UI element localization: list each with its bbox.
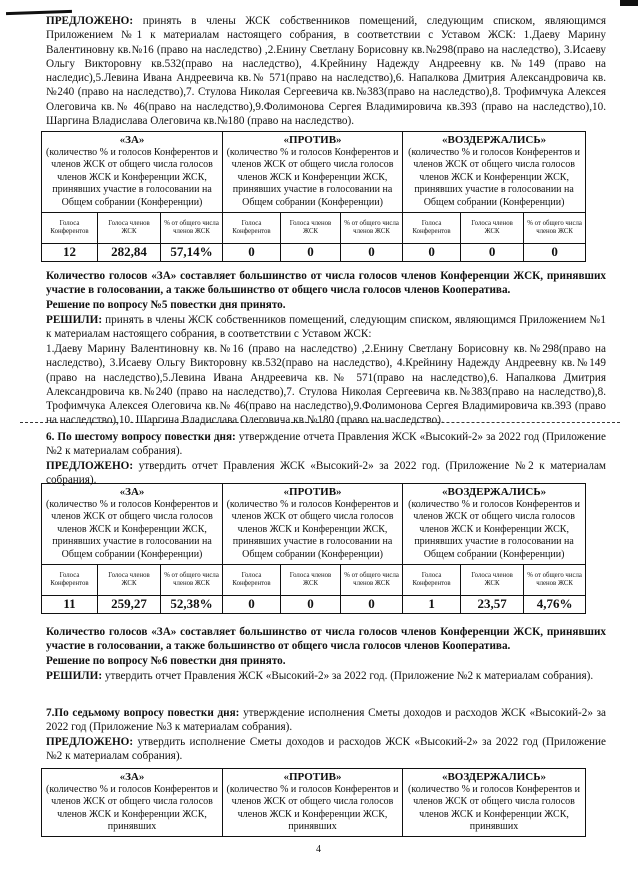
- header-za-title: «ЗА»: [44, 134, 220, 147]
- col-members: Голоса членов ЖСК: [98, 212, 161, 243]
- header-vozderzhalis: «ВОЗДЕРЖАЛИСЬ»(количество % и голосов Ко…: [403, 132, 586, 213]
- proposal-paragraph-5: ПРЕДЛОЖЕНО: принять в члены ЖСК собствен…: [46, 14, 606, 128]
- header-vozderzhalis-title: «ВОЗДЕРЖАЛИСЬ»: [405, 134, 583, 147]
- header-za-desc: (количество % и голосов Конферентов и чл…: [44, 784, 220, 834]
- header-vozderzhalis-desc: (количество % и голосов Конферентов и чл…: [405, 784, 583, 834]
- question-heading: 6. По шестому вопросу повестки дня:: [46, 431, 236, 443]
- value-cell: 0: [281, 243, 341, 261]
- col-members: Голоса членов ЖСК: [461, 212, 524, 243]
- resolved-label: РЕШИЛИ:: [46, 314, 102, 326]
- header-vozderzhalis-title: «ВОЗДЕРЖАЛИСЬ»: [405, 486, 583, 499]
- document-page: ПРЕДЛОЖЕНО: принять в члены ЖСК собствен…: [0, 0, 638, 877]
- value-cell: 282,84: [98, 243, 161, 261]
- resolved-paragraph-6: РЕШИЛИ: утвердить отчет Правления ЖСК «В…: [46, 669, 606, 683]
- value-cell: 0: [223, 595, 281, 613]
- result-text: Количество голосов «ЗА» составляет больш…: [46, 626, 606, 652]
- value-cell: 23,57: [461, 595, 524, 613]
- col-conf: Голоса Конферентов: [403, 212, 461, 243]
- col-pct: % от общего числа членов ЖСК: [161, 564, 223, 595]
- proposal-label: ПРЕДЛОЖЕНО:: [46, 15, 133, 27]
- value-cell: 0: [341, 595, 403, 613]
- decision-text: Решение по вопросу №6 повестки дня приня…: [46, 655, 286, 667]
- col-conf: Голоса Конферентов: [223, 564, 281, 595]
- proposal-label: ПРЕДЛОЖЕНО:: [46, 736, 133, 748]
- value-cell: 0: [341, 243, 403, 261]
- header-za-desc: (количество % и голосов Конферентов и чл…: [44, 147, 220, 210]
- col-members: Голоса членов ЖСК: [281, 564, 341, 595]
- col-pct: % от общего числа членов ЖСК: [341, 564, 403, 595]
- value-cell: 259,27: [98, 595, 161, 613]
- header-protiv-title: «ПРОТИВ»: [225, 771, 400, 784]
- header-protiv-desc: (количество % и голосов Конферентов и чл…: [225, 784, 400, 834]
- col-conf: Голоса Конферентов: [42, 564, 98, 595]
- vote-table-question-7: «ЗА»(количество % и голосов Конферентов …: [41, 768, 586, 837]
- value-cell: 0: [524, 243, 586, 261]
- header-protiv-desc: (количество % и голосов Конферентов и чл…: [225, 147, 400, 210]
- resolved-intro: принять в члены ЖСК собственников помеще…: [46, 314, 606, 340]
- result-paragraph-5: Количество голосов «ЗА» составляет больш…: [46, 269, 606, 312]
- page-number: 4: [316, 844, 321, 855]
- value-cell: 52,38%: [161, 595, 223, 613]
- header-za: «ЗА»(количество % и голосов Конферентов …: [42, 484, 223, 565]
- value-cell: 11: [42, 595, 98, 613]
- col-members: Голоса членов ЖСК: [461, 564, 524, 595]
- header-vozderzhalis: «ВОЗДЕРЖАЛИСЬ»(количество % и голосов Ко…: [403, 484, 586, 565]
- header-vozderzhalis-title: «ВОЗДЕРЖАЛИСЬ»: [405, 771, 583, 784]
- decision-text: Решение по вопросу №5 повестки дня приня…: [46, 299, 286, 311]
- table-row: 11 259,27 52,38% 0 0 0 1 23,57 4,76%: [42, 595, 586, 613]
- header-vozderzhalis: «ВОЗДЕРЖАЛИСЬ»(количество % и голосов Ко…: [403, 769, 586, 837]
- col-pct: % от общего числа членов ЖСК: [524, 564, 586, 595]
- col-pct: % от общего числа членов ЖСК: [341, 212, 403, 243]
- proposal-label: ПРЕДЛОЖЕНО:: [46, 460, 133, 472]
- value-cell: 57,14%: [161, 243, 223, 261]
- header-protiv-title: «ПРОТИВ»: [225, 486, 400, 499]
- value-cell: 0: [461, 243, 524, 261]
- resolved-text: утвердить отчет Правления ЖСК «Высокий-2…: [102, 670, 593, 682]
- value-cell: 4,76%: [524, 595, 586, 613]
- resolved-list-5: 1.Даеву Марину Валентиновну кв.№16 (прав…: [46, 342, 606, 428]
- header-za: «ЗА»(количество % и голосов Конферентов …: [42, 132, 223, 213]
- col-conf: Голоса Конферентов: [223, 212, 281, 243]
- resolved-label: РЕШИЛИ:: [46, 670, 102, 682]
- value-cell: 0: [403, 243, 461, 261]
- result-text: Количество голосов «ЗА» составляет больш…: [46, 270, 606, 296]
- header-za-desc: (количество % и голосов Конферентов и чл…: [44, 499, 220, 562]
- col-pct: % от общего числа членов ЖСК: [524, 212, 586, 243]
- header-protiv: «ПРОТИВ»(количество % и голосов Конферен…: [223, 484, 403, 565]
- vote-table-question-6: «ЗА»(количество % и голосов Конферентов …: [41, 483, 586, 614]
- value-cell: 0: [281, 595, 341, 613]
- table-row: 12 282,84 57,14% 0 0 0 0 0 0: [42, 243, 586, 261]
- vote-table-question-5: «ЗА»(количество % и голосов Конферентов …: [41, 131, 586, 262]
- header-za: «ЗА»(количество % и голосов Конферентов …: [42, 769, 223, 837]
- resolved-list: 1.Даеву Марину Валентиновну кв.№16 (прав…: [46, 343, 606, 426]
- col-conf: Голоса Конферентов: [403, 564, 461, 595]
- question-7-paragraph: 7.По седьмому вопросу повестки дня: утве…: [46, 706, 606, 735]
- value-cell: 12: [42, 243, 98, 261]
- header-vozderzhalis-desc: (количество % и голосов Конферентов и чл…: [405, 147, 583, 210]
- header-protiv-desc: (количество % и голосов Конферентов и чл…: [225, 499, 400, 562]
- col-members: Голоса членов ЖСК: [281, 212, 341, 243]
- header-protiv: «ПРОТИВ»(количество % и голосов Конферен…: [223, 769, 403, 837]
- col-pct: % от общего числа членов ЖСК: [161, 212, 223, 243]
- result-paragraph-6: Количество голосов «ЗА» составляет больш…: [46, 625, 606, 668]
- question-6-paragraph: 6. По шестому вопросу повестки дня: утве…: [46, 430, 606, 459]
- header-protiv-title: «ПРОТИВ»: [225, 134, 400, 147]
- resolved-paragraph-5: РЕШИЛИ: принять в члены ЖСК собственнико…: [46, 313, 606, 342]
- header-za-title: «ЗА»: [44, 486, 220, 499]
- proposal-paragraph-7: ПРЕДЛОЖЕНО: утвердить исполнение Сметы д…: [46, 735, 606, 764]
- header-protiv: «ПРОТИВ»(количество % и голосов Конферен…: [223, 132, 403, 213]
- question-heading: 7.По седьмому вопросу повестки дня:: [46, 707, 239, 719]
- header-za-title: «ЗА»: [44, 771, 220, 784]
- value-cell: 0: [223, 243, 281, 261]
- header-vozderzhalis-desc: (количество % и голосов Конферентов и чл…: [405, 499, 583, 562]
- value-cell: 1: [403, 595, 461, 613]
- scan-artifact: [620, 0, 638, 6]
- proposal-text: принять в члены ЖСК собственников помеще…: [46, 15, 606, 127]
- col-conf: Голоса Конферентов: [42, 212, 98, 243]
- col-members: Голоса членов ЖСК: [98, 564, 161, 595]
- scan-artifact: [20, 422, 620, 423]
